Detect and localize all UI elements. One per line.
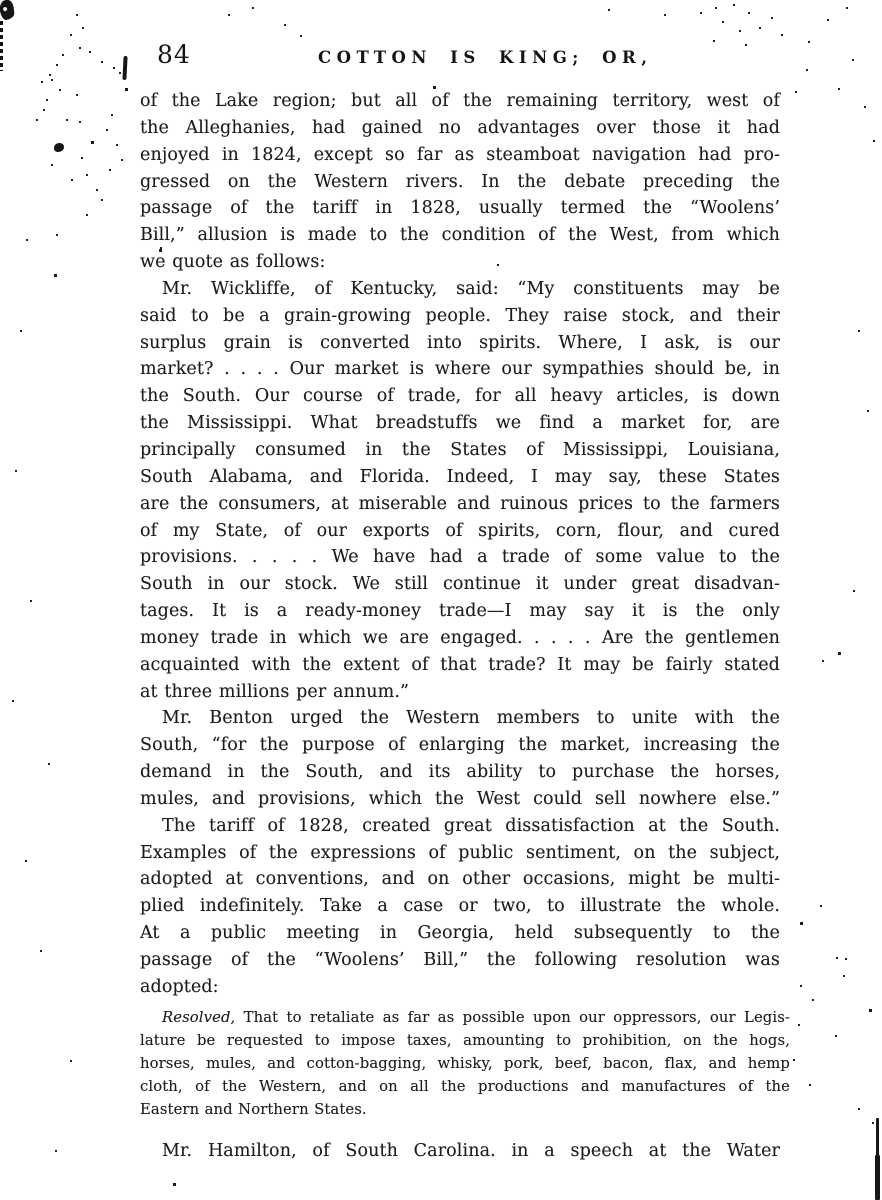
text-line: Mr. Wickliffe, of Kentucky, said: “My co… xyxy=(140,276,780,303)
ink-blob xyxy=(54,143,64,152)
text-line: mules, and provisions, which the West co… xyxy=(140,786,780,813)
paragraph-lake-region: of the Lake region; but all of the remai… xyxy=(140,88,780,276)
text-line: Mr. Benton urged the Western members to … xyxy=(140,705,780,732)
paragraph-benton: Mr. Benton urged the Western members to … xyxy=(140,705,780,812)
text-line: South, “for the purpose of enlarging the… xyxy=(140,732,780,759)
text-line: lature be requested to impose taxes, amo… xyxy=(140,1029,790,1052)
text-line: horses, mules, and cotton-bagging, whisk… xyxy=(140,1052,790,1075)
text-line: are the consumers, at miserable and ruin… xyxy=(140,491,780,518)
running-title: COTTON IS KING; OR, xyxy=(318,48,652,67)
text-line: tages. It is a ready-money trade—I may s… xyxy=(140,598,780,625)
text-line: at three millions per annum.” xyxy=(140,679,780,706)
text-line: The tariff of 1828, created great dissat… xyxy=(140,813,780,840)
text-line: adopted at conventions, and on other occ… xyxy=(140,866,780,893)
text-line: South in our stock. We still continue it… xyxy=(140,571,780,598)
text-line: of the Lake region; but all of the remai… xyxy=(140,88,780,115)
page-edge-line xyxy=(875,1155,880,1200)
text-line: plied indefinitely. Take a case or two, … xyxy=(140,893,780,920)
scan-tick-mark xyxy=(122,56,127,80)
text-line: adopted: xyxy=(140,974,780,1001)
text-line: the South. Our course of trade, for all … xyxy=(140,383,780,410)
text-line: said to be a grain-growing people. They … xyxy=(140,303,780,330)
text-line: Examples of the expressions of public se… xyxy=(140,840,780,867)
text-line: Mr. Hamilton, of South Carolina. in a sp… xyxy=(140,1138,780,1165)
ink-smudge xyxy=(0,0,15,22)
text-line: At a public meeting in Georgia, held sub… xyxy=(140,920,780,947)
text-line: passage of the tariff in 1828, usually t… xyxy=(140,195,780,222)
text-line: principally consumed in the States of Mi… xyxy=(140,437,780,464)
text-line: South Alabama, and Florida. Indeed, I ma… xyxy=(140,464,780,491)
page-edge-line xyxy=(876,1118,879,1160)
italic-lead: Resolved, xyxy=(162,1009,235,1026)
paragraph-wickliffe: Mr. Wickliffe, of Kentucky, said: “My co… xyxy=(140,276,780,706)
text-line: gressed on the Western rivers. In the de… xyxy=(140,169,780,196)
page-number: 84 xyxy=(157,40,191,69)
text-line: the Alleghanies, had gained no advantage… xyxy=(140,115,780,142)
text-line: demand in the South, and its ability to … xyxy=(140,759,780,786)
paragraph-tariff-1828: The tariff of 1828, created great dissat… xyxy=(140,813,780,1001)
text-line: acquainted with the extent of that trade… xyxy=(140,652,780,679)
paragraph-hamilton: Mr. Hamilton, of South Carolina. in a sp… xyxy=(140,1138,780,1165)
text-line: cloth, of the Western, and on all the pr… xyxy=(140,1075,790,1098)
book-page: 84 COTTON IS KING; OR, of the Lake regio… xyxy=(0,0,882,1200)
text-line: Bill,” allusion is made to the condition… xyxy=(140,222,780,249)
text-line: Eastern and Northern States. xyxy=(140,1098,790,1121)
page-body: of the Lake region; but all of the remai… xyxy=(140,88,780,1165)
page-edge-dashes xyxy=(0,21,3,71)
text-line: provisions. . . . . We have had a trade … xyxy=(140,544,780,571)
text-line: we quote as follows: xyxy=(140,249,780,276)
text-line: Resolved, That to retaliate as far as po… xyxy=(140,1006,790,1029)
text-line: enjoyed in 1824, except so far as steamb… xyxy=(140,142,780,169)
blockquote-resolution: Resolved, That to retaliate as far as po… xyxy=(140,1006,790,1121)
text-line: market? . . . . Our market is where our … xyxy=(140,356,780,383)
text-line: the Mississippi. What breadstuffs we fin… xyxy=(140,410,780,437)
text-line: of my State, of our exports of spirits, … xyxy=(140,518,780,545)
text-line: passage of the “Woolens’ Bill,” the foll… xyxy=(140,947,780,974)
text-line: money trade in which we are engaged. . .… xyxy=(140,625,780,652)
text-line: surplus grain is converted into spirits.… xyxy=(140,330,780,357)
